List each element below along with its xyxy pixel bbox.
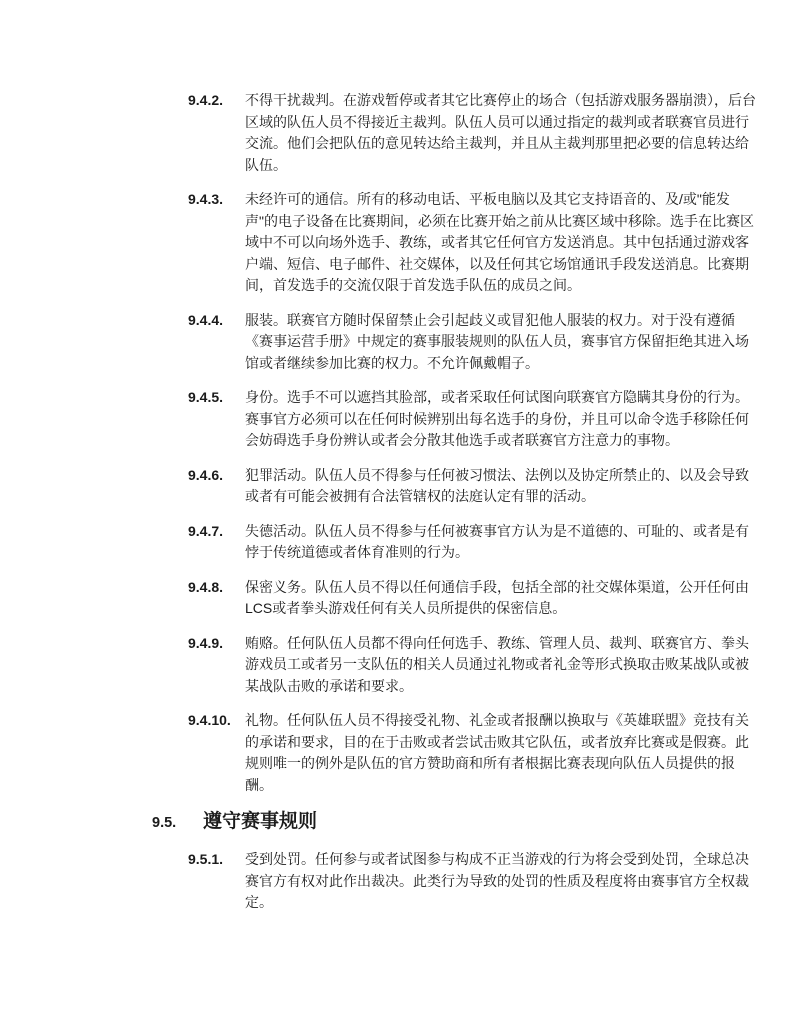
rule-number: 9.4.5. [188,387,245,452]
rule-text: 不得干扰裁判。在游戏暂停或者其它比赛停止的场合（包括游戏服务器崩溃），后台区域的… [245,90,758,176]
rule-text: 保密义务。队伍人员不得以任何通信手段，包括全部的社交媒体渠道，公开任何由LCS或… [245,577,758,620]
section-heading-title: 遵守赛事规则 [203,809,317,834]
rule-text: 贿赂。任何队伍人员都不得向任何选手、教练、管理人员、裁判、联赛官方、拳头游戏员工… [245,633,758,698]
rule-item-9-5-1: 9.5.1. 受到处罚。任何参与或者试图参与构成不正当游戏的行为将会受到处罚，全… [188,849,758,914]
rule-text: 失德活动。队伍人员不得参与任何被赛事官方认为是不道德的、可耻的、或者是有悖于传统… [245,521,758,564]
rule-item-9-4-2: 9.4.2. 不得干扰裁判。在游戏暂停或者其它比赛停止的场合（包括游戏服务器崩溃… [188,90,758,176]
rule-number: 9.4.7. [188,521,245,564]
rule-number: 9.4.3. [188,189,245,297]
rule-item-9-4-8: 9.4.8. 保密义务。队伍人员不得以任何通信手段，包括全部的社交媒体渠道，公开… [188,577,758,620]
rule-number: 9.4.8. [188,577,245,620]
section-heading-9-5: 9.5. 遵守赛事规则 [152,809,800,834]
rule-number: 9.4.10. [188,710,245,796]
rule-text: 服装。联赛官方随时保留禁止会引起歧义或冒犯他人服装的权力。对于没有遵循《赛事运营… [245,310,758,375]
document-page: 9.4.2. 不得干扰裁判。在游戏暂停或者其它比赛停止的场合（包括游戏服务器崩溃… [0,0,800,914]
rule-text: 受到处罚。任何参与或者试图参与构成不正当游戏的行为将会受到处罚，全球总决赛官方有… [245,849,758,914]
rule-number: 9.5.1. [188,849,245,914]
rule-item-9-4-4: 9.4.4. 服装。联赛官方随时保留禁止会引起歧义或冒犯他人服装的权力。对于没有… [188,310,758,375]
rule-text: 未经许可的通信。所有的移动电话、平板电脑以及其它支持语音的、及/或"能发声"的电… [245,189,758,297]
rule-text: 礼物。任何队伍人员不得接受礼物、礼金或者报酬以换取与《英雄联盟》竞技有关的承诺和… [245,710,758,796]
section-heading-number: 9.5. [152,815,203,831]
rule-item-9-4-9: 9.4.9. 贿赂。任何队伍人员都不得向任何选手、教练、管理人员、裁判、联赛官方… [188,633,758,698]
rule-text: 犯罪活动。队伍人员不得参与任何被习惯法、法例以及协定所禁止的、以及会导致或者有可… [245,465,758,508]
rule-number: 9.4.9. [188,633,245,698]
rule-item-9-4-6: 9.4.6. 犯罪活动。队伍人员不得参与任何被习惯法、法例以及协定所禁止的、以及… [188,465,758,508]
rule-number: 9.4.6. [188,465,245,508]
rule-number: 9.4.2. [188,90,245,176]
rule-item-9-4-7: 9.4.7. 失德活动。队伍人员不得参与任何被赛事官方认为是不道德的、可耻的、或… [188,521,758,564]
rule-number: 9.4.4. [188,310,245,375]
rule-text: 身份。选手不可以遮挡其脸部，或者采取任何试图向联赛官方隐瞒其身份的行为。赛事官方… [245,387,758,452]
rule-item-9-4-5: 9.4.5. 身份。选手不可以遮挡其脸部，或者采取任何试图向联赛官方隐瞒其身份的… [188,387,758,452]
rule-item-9-4-3: 9.4.3. 未经许可的通信。所有的移动电话、平板电脑以及其它支持语音的、及/或… [188,189,758,297]
rule-item-9-4-10: 9.4.10. 礼物。任何队伍人员不得接受礼物、礼金或者报酬以换取与《英雄联盟》… [188,710,758,796]
